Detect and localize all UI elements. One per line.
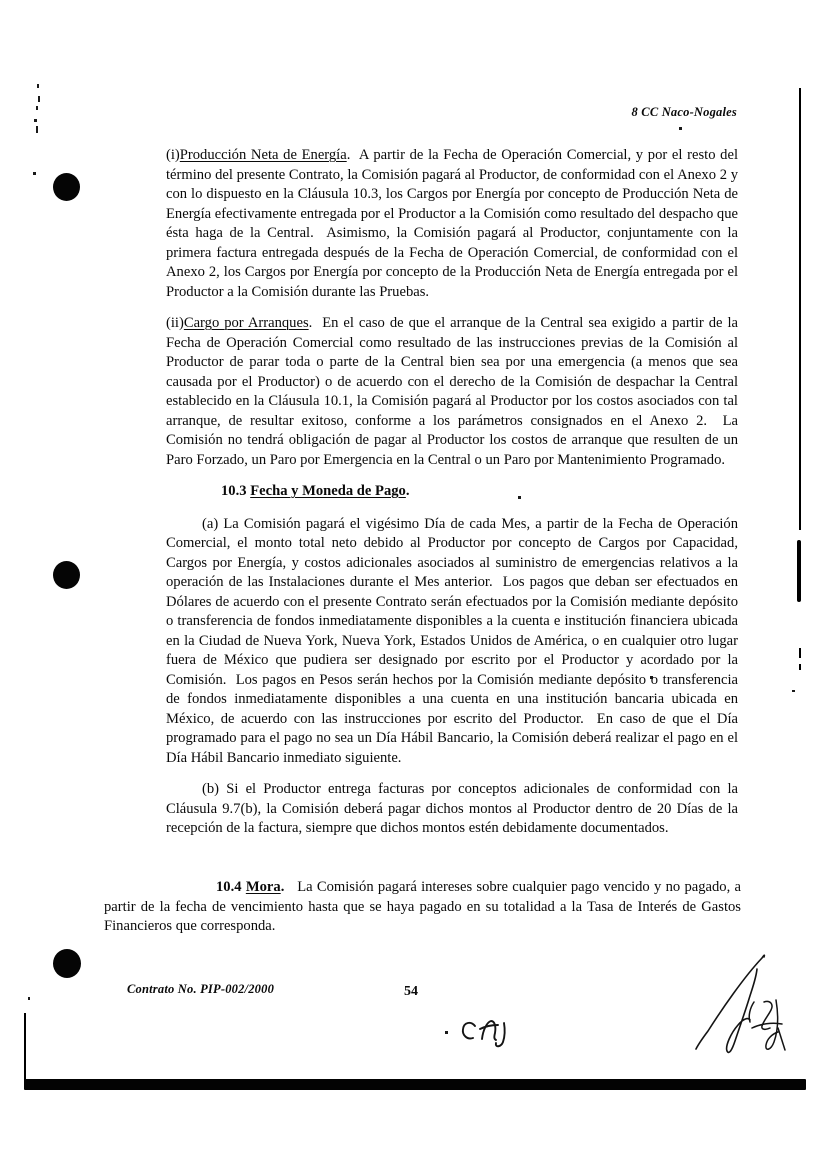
handwritten-initials-strokes <box>456 1015 516 1053</box>
section-10-4-title: Mora <box>246 879 281 895</box>
clause-i-title: Producción Neta de Energía <box>180 147 347 163</box>
section-10-3-suffix: . <box>406 483 410 499</box>
scan-edge-dash <box>799 648 801 658</box>
clause-i-separator: . <box>347 147 359 163</box>
clause-ii-title: Cargo por Arranques <box>184 315 309 331</box>
section-10-4-text: La Comisión pagará intereses sobre cualq… <box>104 879 741 934</box>
header-reference: 8 CC Naco-Nogales <box>632 105 737 120</box>
scan-speck <box>445 1031 448 1034</box>
clause-i-paragraph: (i)Producción Neta de Energía. A partir … <box>166 146 738 302</box>
scan-speck <box>36 126 38 133</box>
paragraph-a-marker: (a) <box>202 516 218 532</box>
clause-i-text: A partir de la Fecha de Operación Comerc… <box>166 147 738 300</box>
clause-i-marker: (i) <box>166 147 180 163</box>
section-10-3-number: 10.3 <box>221 483 247 499</box>
contract-number: Contrato No. PIP-002/2000 <box>127 982 274 997</box>
handwritten-signature-strokes <box>688 942 798 1064</box>
scan-speck <box>38 96 40 102</box>
clause-ii-paragraph: (ii)Cargo por Arranques. En el caso de q… <box>166 314 738 470</box>
scan-edge-line-left <box>24 1013 26 1080</box>
hole-punch-dot-middle <box>53 561 80 589</box>
contract-body: (i)Producción Neta de Energía. A partir … <box>166 146 738 851</box>
section-10-4-separator: . <box>281 879 298 895</box>
scan-edge-dash <box>799 664 801 670</box>
scan-speck <box>34 119 37 122</box>
scan-speck <box>33 172 36 175</box>
scan-speck <box>679 127 682 130</box>
scan-edge-line-right <box>799 88 801 530</box>
paragraph-b-marker: (b) <box>202 781 219 797</box>
section-10-4-number: 10.4 <box>216 879 242 895</box>
scan-speck <box>37 84 39 88</box>
scan-bottom-edge-bar <box>24 1079 806 1090</box>
scanned-contract-page: 8 CC Naco-Nogales (i)Producción Neta de … <box>0 0 828 1169</box>
scan-edge-blob-right <box>797 540 801 602</box>
scan-speck <box>36 106 38 110</box>
handwritten-signature <box>688 942 798 1064</box>
section-10-3-heading: 10.3 Fecha y Moneda de Pago. <box>166 482 738 502</box>
paragraph-a: (a) La Comisión pagará el vigésimo Día d… <box>166 515 738 769</box>
handwritten-initials <box>456 1015 516 1053</box>
hole-punch-dot-bottom <box>53 949 81 978</box>
section-10-3-title: Fecha y Moneda de Pago <box>250 483 406 499</box>
page-number: 54 <box>404 984 418 1000</box>
clause-ii-text: En el caso de que el arranque de la Cent… <box>166 315 738 468</box>
section-10-4-paragraph: 10.4 Mora. La Comisión pagará intereses … <box>104 878 741 937</box>
paragraph-a-text: La Comisión pagará el vigésimo Día de ca… <box>166 516 738 766</box>
scan-speck <box>792 690 795 692</box>
clause-ii-marker: (ii) <box>166 315 184 331</box>
paragraph-b-text: Si el Productor entrega facturas por con… <box>166 781 738 836</box>
paragraph-b: (b) Si el Productor entrega facturas por… <box>166 780 738 839</box>
scan-speck <box>28 997 30 1000</box>
clause-ii-separator: . <box>309 315 323 331</box>
hole-punch-dot-top <box>53 173 80 201</box>
